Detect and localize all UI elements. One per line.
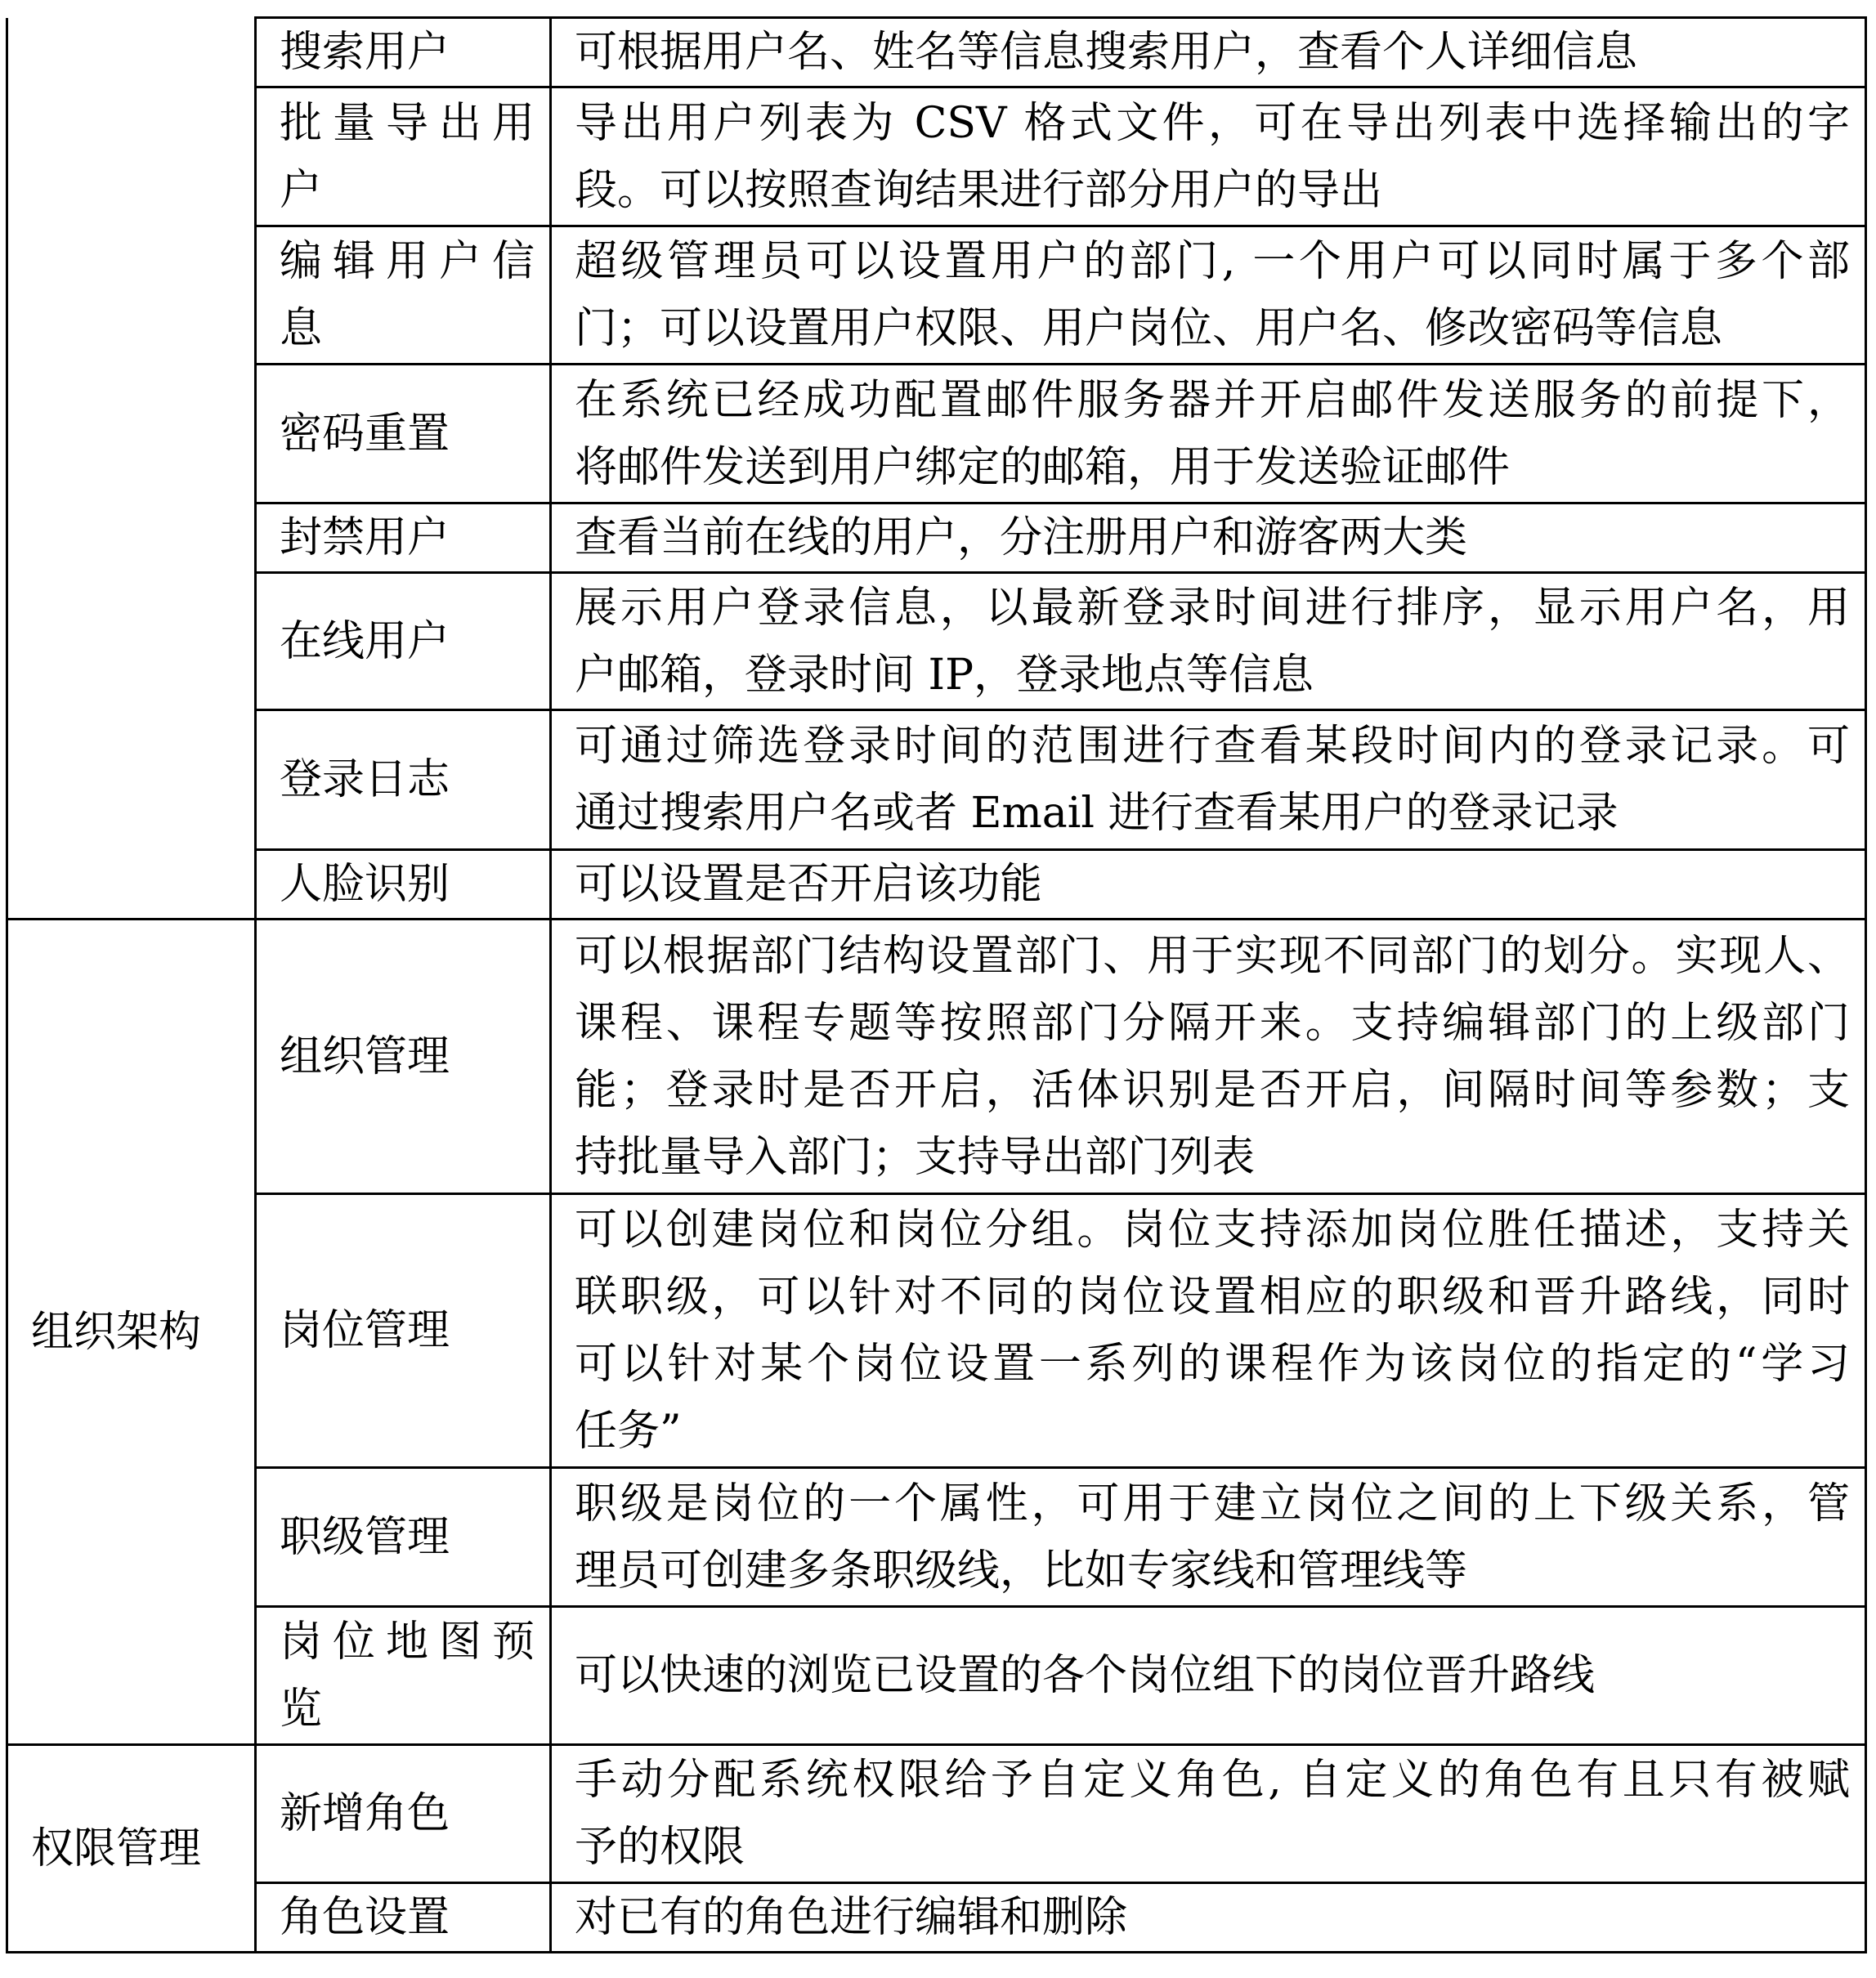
- feature-name-cell: 搜索用户: [256, 18, 551, 87]
- feature-description-line: 导出用户列表为 CSV 格式文件，可在导出列表中选择输出的字: [575, 90, 1850, 157]
- feature-description-line: 课程、课程专题等按照部门分隔开来。支持编辑部门的上级部门: [575, 990, 1850, 1057]
- feature-description-line: 可以设置是否开启该功能: [575, 851, 1850, 918]
- feature-name-cell: 岗位地图预览: [256, 1607, 551, 1745]
- table-row: 岗位管理可以创建岗位和岗位分组。岗位支持添加岗位胜任描述，支持关联职级，可以针对…: [7, 1194, 1866, 1468]
- feature-name-cell: 岗位管理: [256, 1194, 551, 1468]
- table-row: 职级管理职级是岗位的一个属性，可用于建立岗位之间的上下级关系，管理员可创建多条职…: [7, 1468, 1866, 1607]
- feature-name-cell: 封禁用户: [256, 503, 551, 573]
- feature-description-line: 可以根据部门结构设置部门、用于实现不同部门的划分。实现人、: [575, 923, 1850, 990]
- table-row: 岗位地图预览可以快速的浏览已设置的各个岗位组下的岗位晋升路线: [7, 1607, 1866, 1745]
- feature-description-line: 展示用户登录信息，以最新登录时间进行排序，显示用户名，用: [575, 575, 1850, 642]
- document-page: 搜索用户可根据用户名、姓名等信息搜索用户，查看个人详细信息批量导出用户导出用户列…: [6, 16, 1865, 1953]
- feature-name-line: 封禁用户: [280, 504, 535, 571]
- feature-name-line: 登录日志: [280, 746, 535, 813]
- feature-name-cell: 人脸识别: [256, 850, 551, 920]
- group-cell: [7, 18, 256, 920]
- group-cell: 权限管理: [7, 1745, 256, 1953]
- feature-description-cell: 可以创建岗位和岗位分组。岗位支持添加岗位胜任描述，支持关联职级，可以针对不同的岗…: [551, 1194, 1866, 1468]
- table-row: 权限管理新增角色手动分配系统权限给予自定义角色, 自定义的角色有且只有被赋予的权…: [7, 1745, 1866, 1883]
- feature-description-line: 将邮件发送到用户绑定的邮箱，用于发送验证邮件: [575, 434, 1850, 501]
- feature-description-cell: 职级是岗位的一个属性，可用于建立岗位之间的上下级关系，管理员可创建多条职级线，比…: [551, 1468, 1866, 1607]
- feature-description-cell: 可以根据部门结构设置部门、用于实现不同部门的划分。实现人、课程、课程专题等按照部…: [551, 920, 1866, 1194]
- feature-description-line: 予的权限: [575, 1814, 1850, 1881]
- table-body: 搜索用户可根据用户名、姓名等信息搜索用户，查看个人详细信息批量导出用户导出用户列…: [7, 18, 1866, 1953]
- group-cell: 组织架构: [7, 920, 256, 1745]
- feature-description-cell: 导出用户列表为 CSV 格式文件，可在导出列表中选择输出的字段。可以按照查询结果…: [551, 87, 1866, 226]
- feature-name-line: 角色设置: [280, 1884, 535, 1951]
- feature-description-line: 可通过筛选登录时间的范围进行查看某段时间内的登录记录。可: [575, 713, 1850, 780]
- feature-name-line: 编辑用户信: [280, 228, 535, 295]
- feature-name-line: 览: [280, 1676, 535, 1743]
- feature-name-line: 息: [280, 295, 535, 362]
- feature-description-cell: 手动分配系统权限给予自定义角色, 自定义的角色有且只有被赋予的权限: [551, 1745, 1866, 1883]
- table-row: 人脸识别可以设置是否开启该功能: [7, 850, 1866, 920]
- feature-description-line: 可根据用户名、姓名等信息搜索用户，查看个人详细信息: [575, 19, 1850, 86]
- feature-name-line: 批量导出用: [280, 90, 535, 157]
- feature-description-line: 可以快速的浏览已设置的各个岗位组下的岗位晋升路线: [575, 1642, 1850, 1709]
- table-row: 在线用户展示用户登录信息，以最新登录时间进行排序，显示用户名，用户邮箱，登录时间…: [7, 573, 1866, 710]
- feature-description-line: 联职级，可以针对不同的岗位设置相应的职级和晋升路线，同时: [575, 1264, 1850, 1331]
- table-row: 批量导出用户导出用户列表为 CSV 格式文件，可在导出列表中选择输出的字段。可以…: [7, 87, 1866, 226]
- feature-description-line: 可以创建岗位和岗位分组。岗位支持添加岗位胜任描述，支持关: [575, 1197, 1850, 1264]
- feature-description-line: 通过搜索用户名或者 Email 进行查看某用户的登录记录: [575, 780, 1850, 847]
- table-row: 组织架构组织管理可以根据部门结构设置部门、用于实现不同部门的划分。实现人、课程、…: [7, 920, 1866, 1194]
- feature-description-cell: 展示用户登录信息，以最新登录时间进行排序，显示用户名，用户邮箱，登录时间 IP，…: [551, 573, 1866, 710]
- feature-description-line: 职级是岗位的一个属性，可用于建立岗位之间的上下级关系，管: [575, 1470, 1850, 1537]
- feature-description-line: 持批量导入部门；支持导出部门列表: [575, 1124, 1850, 1191]
- feature-description-line: 任务”: [575, 1398, 1850, 1465]
- feature-name-cell: 角色设置: [256, 1883, 551, 1953]
- feature-table: 搜索用户可根据用户名、姓名等信息搜索用户，查看个人详细信息批量导出用户导出用户列…: [6, 16, 1867, 1953]
- feature-name-line: 户: [280, 157, 535, 224]
- feature-name-line: 组织管理: [280, 1023, 535, 1090]
- table-row: 登录日志可通过筛选登录时间的范围进行查看某段时间内的登录记录。可通过搜索用户名或…: [7, 710, 1866, 850]
- feature-description-line: 可以针对某个岗位设置一系列的课程作为该岗位的指定的“学习: [575, 1331, 1850, 1398]
- feature-description-line: 对已有的角色进行编辑和删除: [575, 1884, 1850, 1951]
- feature-description-cell: 在系统已经成功配置邮件服务器并开启邮件发送服务的前提下，将邮件发送到用户绑定的邮…: [551, 365, 1866, 503]
- feature-description-line: 门；可以设置用户权限、用户岗位、用户名、修改密码等信息: [575, 295, 1850, 362]
- feature-name-cell: 登录日志: [256, 710, 551, 850]
- feature-name-line: 岗位地图预: [280, 1609, 535, 1676]
- table-row: 编辑用户信息超级管理员可以设置用户的部门, 一个用户可以同时属于多个部门；可以设…: [7, 226, 1866, 365]
- table-row: 封禁用户查看当前在线的用户，分注册用户和游客两大类: [7, 503, 1866, 573]
- feature-name-cell: 新增角色: [256, 1745, 551, 1883]
- feature-description-line: 段。可以按照查询结果进行部分用户的导出: [575, 157, 1850, 224]
- feature-description-line: 超级管理员可以设置用户的部门, 一个用户可以同时属于多个部: [575, 228, 1850, 295]
- feature-description-line: 查看当前在线的用户，分注册用户和游客两大类: [575, 504, 1850, 571]
- feature-description-line: 能；登录时是否开启，活体识别是否开启，间隔时间等参数；支: [575, 1057, 1850, 1124]
- feature-description-line: 理员可创建多条职级线，比如专家线和管理线等: [575, 1537, 1850, 1604]
- feature-name-line: 搜索用户: [280, 19, 535, 86]
- group-label: 权限管理: [31, 1824, 201, 1873]
- feature-description-cell: 对已有的角色进行编辑和删除: [551, 1883, 1866, 1953]
- feature-description-cell: 可通过筛选登录时间的范围进行查看某段时间内的登录记录。可通过搜索用户名或者 Em…: [551, 710, 1866, 850]
- group-label: 组织架构: [31, 1308, 201, 1357]
- feature-description-cell: 查看当前在线的用户，分注册用户和游客两大类: [551, 503, 1866, 573]
- feature-description-line: 手动分配系统权限给予自定义角色, 自定义的角色有且只有被赋: [575, 1747, 1850, 1814]
- feature-description-line: 在系统已经成功配置邮件服务器并开启邮件发送服务的前提下，: [575, 367, 1850, 434]
- feature-name-line: 岗位管理: [280, 1297, 535, 1364]
- feature-name-cell: 在线用户: [256, 573, 551, 710]
- feature-name-line: 在线用户: [280, 608, 535, 675]
- feature-name-cell: 批量导出用户: [256, 87, 551, 226]
- table-row: 角色设置对已有的角色进行编辑和删除: [7, 1883, 1866, 1953]
- table-row: 搜索用户可根据用户名、姓名等信息搜索用户，查看个人详细信息: [7, 18, 1866, 87]
- feature-description-cell: 可以设置是否开启该功能: [551, 850, 1866, 920]
- feature-description-cell: 可以快速的浏览已设置的各个岗位组下的岗位晋升路线: [551, 1607, 1866, 1745]
- feature-name-cell: 密码重置: [256, 365, 551, 503]
- feature-name-cell: 编辑用户信息: [256, 226, 551, 365]
- feature-name-cell: 职级管理: [256, 1468, 551, 1607]
- feature-name-line: 密码重置: [280, 401, 535, 468]
- feature-name-cell: 组织管理: [256, 920, 551, 1194]
- table-row: 密码重置在系统已经成功配置邮件服务器并开启邮件发送服务的前提下，将邮件发送到用户…: [7, 365, 1866, 503]
- feature-name-line: 职级管理: [280, 1504, 535, 1571]
- feature-description-line: 户邮箱，登录时间 IP，登录地点等信息: [575, 642, 1850, 709]
- feature-description-cell: 超级管理员可以设置用户的部门, 一个用户可以同时属于多个部门；可以设置用户权限、…: [551, 226, 1866, 365]
- feature-description-cell: 可根据用户名、姓名等信息搜索用户，查看个人详细信息: [551, 18, 1866, 87]
- feature-name-line: 新增角色: [280, 1780, 535, 1847]
- feature-name-line: 人脸识别: [280, 851, 535, 918]
